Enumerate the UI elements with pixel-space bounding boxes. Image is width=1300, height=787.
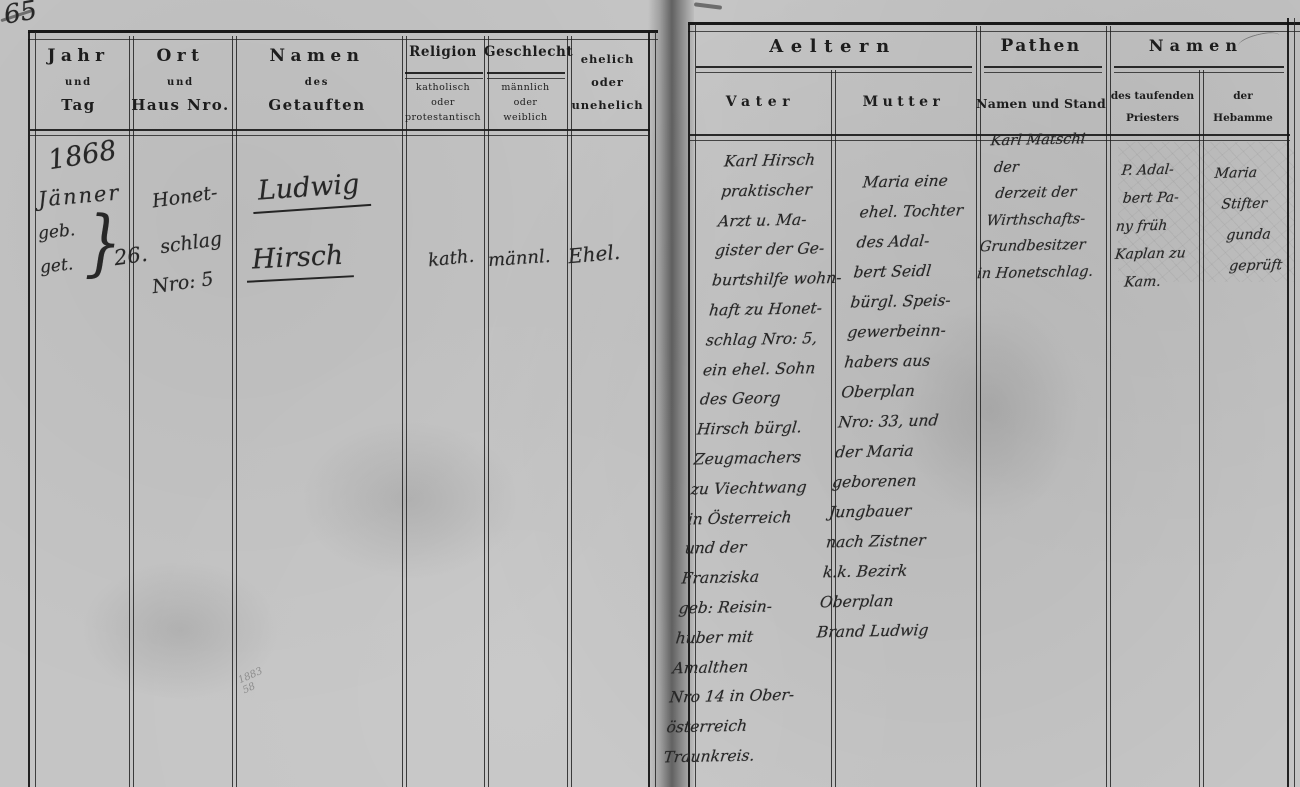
header-geschlecht-title: Geschlecht <box>484 44 567 60</box>
header-pathen: Pathen <box>976 36 1106 56</box>
header-ehelich: ehelichoderunehelich <box>567 48 648 117</box>
column-rule <box>232 36 237 787</box>
header-priester-sub: des taufendenPriesters <box>1106 85 1199 129</box>
header-geschlecht-sub: männlichoderweiblich <box>484 80 567 125</box>
header-hebamme-sub: derHebamme <box>1199 85 1287 129</box>
entry-year: 1868 <box>46 135 119 176</box>
entry-place-line1: Honet- <box>151 182 219 213</box>
baptism-register-scan: 65 Jahr und Tag Ort und Haus Nro. Namen <box>0 0 1300 787</box>
header-vater: Vater <box>690 94 831 110</box>
entry-place-line3: Nro: 5 <box>151 268 215 298</box>
header-religion-sub: katholischoderprotestantisch <box>402 80 484 125</box>
entry-midwife-text: MariaStiftergundageprüft <box>1204 157 1297 283</box>
left-header-bottom-rule <box>30 129 650 136</box>
column-rule <box>484 36 489 787</box>
header-namen-sub: Getauften <box>232 96 402 114</box>
header-namen-title: Namen <box>232 46 402 66</box>
entry-name-last: Hirsch <box>245 239 354 283</box>
column-rule <box>567 36 572 787</box>
entry-name-first: Ludwig <box>251 168 371 214</box>
entry-born-label: geb. <box>37 220 76 244</box>
entry-legitimacy: Ehel. <box>567 240 621 268</box>
header-mutter: Mutter <box>831 94 976 110</box>
entry-religion: kath. <box>427 246 475 272</box>
religion-divider-rule <box>405 72 483 79</box>
left-page-top-border <box>28 30 658 40</box>
header-jahr-sub: Tag <box>28 96 129 114</box>
geschlecht-divider-rule <box>487 72 565 79</box>
header-geschlecht: Geschlecht <box>484 44 567 60</box>
pathen-underline <box>984 66 1102 73</box>
header-ort-sub: Haus Nro. <box>129 96 232 114</box>
header-pathen-sub: Namen und Stand <box>976 96 1106 111</box>
left-page-left-border <box>28 32 36 787</box>
header-ort-hausnro: Ort und Haus Nro. <box>129 46 232 114</box>
entry-godparents-text: Karl Matschiderderzeit derWirthschafts-G… <box>976 126 1114 288</box>
header-ort-mid: und <box>129 77 232 88</box>
header-jahr-mid: und <box>28 77 129 88</box>
header-aeltern: Aeltern <box>690 36 976 57</box>
header-religion-title: Religion <box>402 44 484 60</box>
header-religion: Religion <box>402 44 484 60</box>
entry-baptized-label: get. <box>39 254 74 277</box>
header-namen-mid: des <box>232 77 402 88</box>
header-jahr-tag: Jahr und Tag <box>28 46 129 114</box>
header-jahr-title: Jahr <box>28 46 129 66</box>
column-rule <box>402 36 407 787</box>
entry-day: 26. <box>112 242 148 270</box>
header-namen-getauften: Namen des Getauften <box>232 46 402 114</box>
column-rule <box>129 36 134 787</box>
entry-priest-text: P. Adal-bert Pa-ny frühKaplan zuKam. <box>1109 155 1207 297</box>
entry-place-line2: schlag <box>159 228 224 258</box>
ink-mark <box>694 2 722 9</box>
right-page-top-border <box>688 22 1300 32</box>
header-ort-title: Ort <box>129 46 232 66</box>
entry-sex: männl. <box>487 246 551 271</box>
